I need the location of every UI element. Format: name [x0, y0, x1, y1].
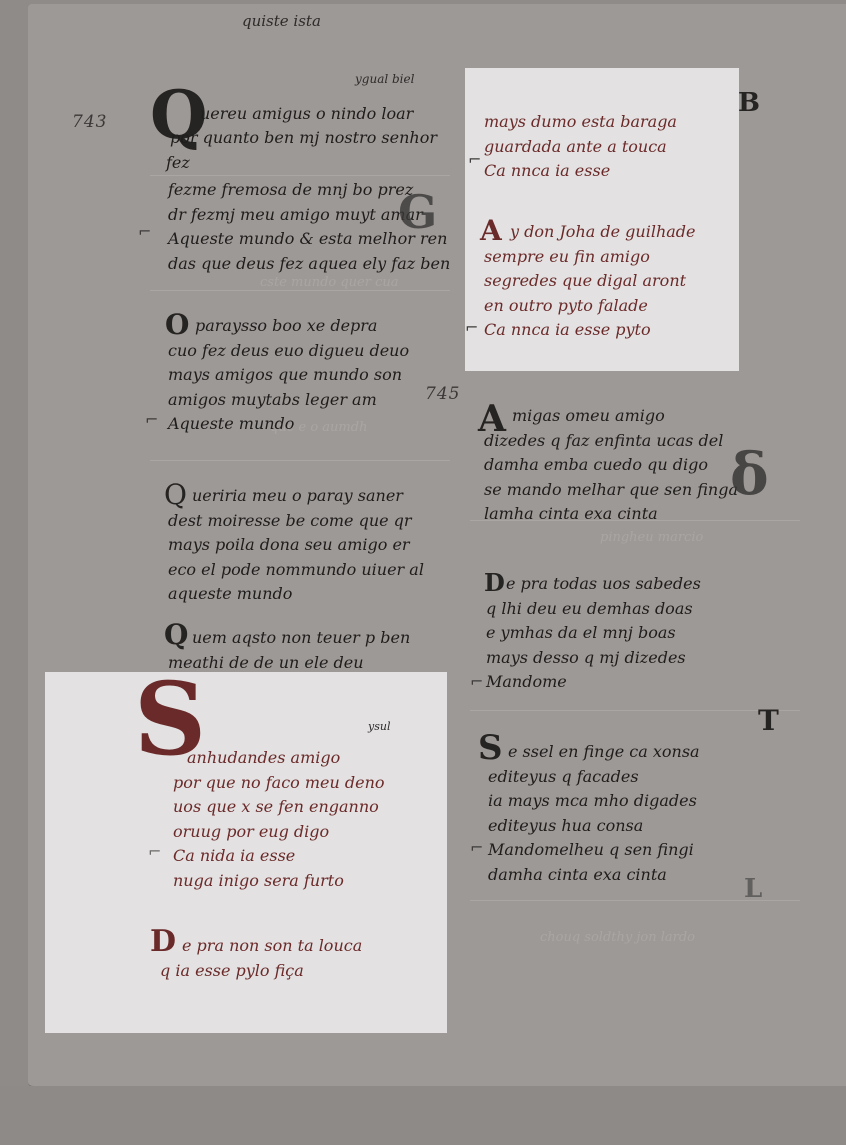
margin-initial: T: [758, 704, 779, 737]
show-through-text: pingheu marcio: [600, 530, 703, 545]
margin-initial: L: [744, 874, 762, 904]
show-through-text: cste mundo quer cua: [260, 275, 399, 290]
folio-number: 745: [425, 384, 460, 404]
verse-line: damha cinta exa cinta: [488, 863, 700, 888]
verse-line: editeyus hua consa: [488, 814, 700, 839]
stanza: paraysso boo xe depra cuo fez deus euo d…: [168, 314, 409, 437]
paragraph-mark: ⌐: [470, 672, 483, 691]
paragraph-mark: ⌐: [138, 222, 151, 241]
verse-line: mays dumo esta baraga: [484, 110, 677, 135]
header-note: quiste ista: [242, 12, 321, 30]
verse-line: amigos muytabs leger am: [168, 388, 409, 413]
verse-line: mays poila dona seu amigo er: [168, 533, 424, 558]
margin-initial: G: [398, 185, 437, 239]
verse-line: q ia esse pylo fiça: [160, 959, 362, 984]
verse-line: das que deus fez aquea ely faz ben: [168, 252, 450, 277]
verse-line: lamha cinta exa cinta: [484, 502, 738, 527]
verse-line: damha emba cuedo qu digo: [484, 453, 738, 478]
top-right-note: ygual biel: [355, 72, 414, 86]
paragraph-mark: ⌐: [468, 150, 481, 169]
verse-line: paraysso boo xe depra: [195, 314, 409, 339]
verse-line: anhudandes amigo: [187, 746, 385, 771]
show-through-text: chouq soldthy jon lardo: [540, 930, 695, 945]
folio-number: 743: [72, 112, 107, 132]
verse-line: e ssel en finge ca xonsa: [508, 740, 700, 765]
stanza: anhudandes amigo por que no faco meu den…: [173, 746, 385, 893]
verse-line: uos que x se fen enganno: [173, 795, 385, 820]
verse-line: se mando melhar que sen finga: [484, 478, 738, 503]
verse-line: aqueste mundo: [168, 582, 424, 607]
paragraph-mark: ⌐: [470, 838, 483, 857]
verse-line: dizedes q faz enfinta ucas del: [484, 429, 738, 454]
verse-line: q lhi deu eu demhas doas: [486, 597, 701, 622]
margin-initial: B: [738, 88, 760, 118]
verse-line: editeyus q facades: [488, 765, 700, 790]
verse-line: ia mays mca mho digades: [488, 789, 700, 814]
verse-line: Ca nnca ia esse pyto: [484, 318, 696, 343]
paragraph-mark: ⌐: [465, 318, 478, 337]
verse-line: e pra todas uos sabedes: [506, 572, 701, 597]
verse-line: dest moiresse be come que qr: [168, 509, 424, 534]
verse-line: e ymhas da el mnj boas: [486, 621, 701, 646]
ruling-line: [150, 175, 450, 176]
margin-initial: δ: [730, 440, 769, 508]
verse-line: eco el pode nommundo uiuer al: [168, 558, 424, 583]
verse-line: uereu amigus o nindo loar: [200, 102, 413, 127]
verse-line: sempre eu fin amigo: [484, 245, 696, 270]
verse-line: por que no faco meu deno: [173, 771, 385, 796]
verse-line: segredes que digal aront: [484, 269, 696, 294]
verse-line: mays amigos que mundo son: [168, 363, 409, 388]
paragraph-mark: ⌐: [145, 410, 158, 429]
ruling-line: [470, 710, 800, 711]
verse-line: migas omeu amigo: [512, 404, 738, 429]
verse-line: y don Joha de guilhade: [510, 220, 696, 245]
stanza: mays dumo esta baraga guardada ante a to…: [484, 110, 677, 184]
paragraph-mark: ⌐: [148, 842, 161, 861]
stanza: e pra non son ta louca q ia esse pylo fi…: [160, 934, 362, 983]
background-table: [0, 1086, 846, 1145]
stanza: y don Joha de guilhade sempre eu fin ami…: [484, 220, 696, 343]
stanza: migas omeu amigo dizedes q faz enfinta u…: [484, 404, 738, 527]
verse-line: cuo fez deus euo digueu deuo: [168, 339, 409, 364]
verse-line: en outro pyto falade: [484, 294, 696, 319]
verse-line: Ca nnca ia esse: [484, 159, 677, 184]
verse-line: por quanto ben mj nostro senhor: [170, 126, 437, 151]
verse-line: Aqueste mundo: [168, 412, 409, 437]
verse-line: Ca nida ia esse: [173, 844, 385, 869]
marginal-mark: ysul: [368, 720, 390, 733]
verse-line: Mandomelheu q sen fingi: [488, 838, 700, 863]
verse-line: nuga inigo sera furto: [173, 869, 385, 894]
verse-line: uem aqsto non teuer p ben: [192, 626, 410, 651]
stanza: por quanto ben mj nostro senhor fez: [170, 126, 437, 175]
verse-line: mays desso q mj dizedes: [486, 646, 701, 671]
verse-line: oruug por eug digo: [173, 820, 385, 845]
verse-line: e pra non son ta louca: [182, 934, 362, 959]
stanza: e ssel en finge ca xonsa editeyus q faca…: [488, 740, 700, 887]
ruling-line: [150, 290, 450, 291]
verse-line: fez: [166, 151, 437, 176]
ruling-line: [150, 460, 450, 461]
stanza: uereu amigus o nindo loar: [200, 102, 413, 127]
stanza: e pra todas uos sabedes q lhi deu eu dem…: [486, 572, 701, 695]
verse-line: guardada ante a touca: [484, 135, 677, 160]
stanza: ueriria meu o paray saner dest moiresse …: [168, 484, 424, 607]
verse-line: Mandome: [486, 670, 701, 695]
verse-line: ueriria meu o paray saner: [192, 484, 424, 509]
